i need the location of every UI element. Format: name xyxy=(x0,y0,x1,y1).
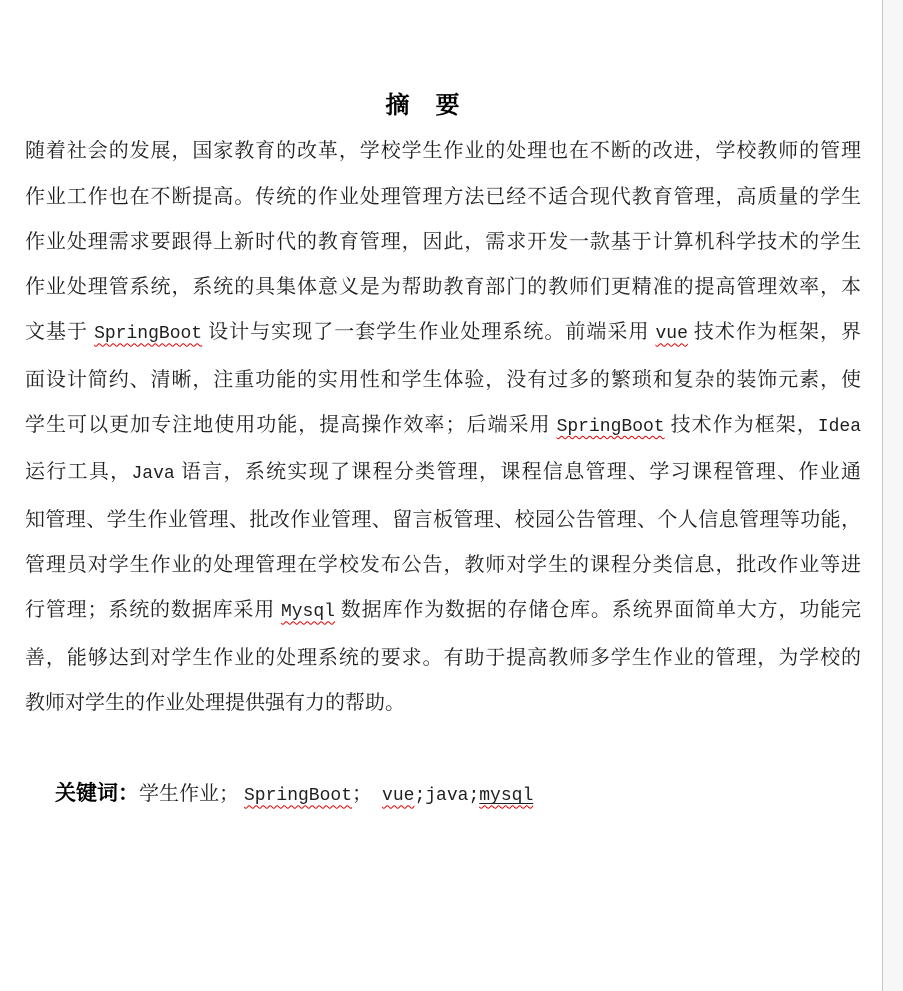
underlined-word: mysql xyxy=(479,783,533,805)
text-segment: 行管理；系统的数据库采用 xyxy=(25,599,281,621)
text-segment: ;java; xyxy=(414,786,479,806)
paragraph-line: 行管理；系统的数据库采用 Mysql 数据库作为数据的存储仓库。系统界面简单大方… xyxy=(25,588,861,635)
text-segment: 文基于 xyxy=(25,321,94,343)
misspelled-word: SpringBoot xyxy=(557,417,665,437)
misspelled-word: SpringBoot xyxy=(244,786,352,806)
text-segment: Idea xyxy=(818,417,861,437)
text-segment: ； xyxy=(352,783,382,805)
misspelled-word: vue xyxy=(655,324,687,344)
abstract-paragraph: 随着社会的发展，国家教育的改革，学校学生作业的处理也在不断的改进，学校教师的管理… xyxy=(25,129,861,726)
paragraph-line: 作业处理管系统，系统的具集体意义是为帮助教育部门的教师们更精准的提高管理效率，本 xyxy=(25,265,861,310)
text-segment: 运行工具， xyxy=(25,461,131,483)
paragraph-line: 管理员对学生作业的处理管理在学校发布公告，教师对学生的课程分类信息，批改作业等进 xyxy=(25,543,861,588)
abstract-section: 摘 要 随着社会的发展，国家教育的改革，学校学生作业的处理也在不断的改进，学校教… xyxy=(25,0,861,865)
keywords-text: 学生作业； SpringBoot； vue;java;mysql xyxy=(139,783,533,805)
text-segment: 学生作业； xyxy=(139,783,244,805)
paragraph-line: 知管理、学生作业管理、批改作业管理、留言板管理、校园公告管理、个人信息管理等功能… xyxy=(25,498,861,543)
text-segment: 语言，系统实现了课程分类管理，课程信息管理、学习课程管理、作业通 xyxy=(175,461,861,483)
window-gutter xyxy=(882,0,903,991)
text-segment: 技术作为框架，界 xyxy=(688,321,861,343)
keywords-label: 关键词： xyxy=(55,781,139,805)
text-segment: 学生可以更加专注地使用功能，提高操作效率；后端采用 xyxy=(25,414,557,436)
paragraph-line: 作业工作也在不断提高。传统的作业处理管理方法已经不适合现代教育管理，高质量的学生 xyxy=(25,175,861,220)
text-segment: 善，能够达到对学生作业的处理系统的要求。有助于提高教师多学生作业的管理，为学校的 xyxy=(25,647,861,669)
text-segment: 面设计简约、清晰，注重功能的实用性和学生体验，没有过多的繁琐和复杂的装饰元素，使 xyxy=(25,369,861,391)
paragraph-line: 善，能够达到对学生作业的处理系统的要求。有助于提高教师多学生作业的管理，为学校的 xyxy=(25,636,861,681)
paragraph-line: 作业处理需求要跟得上新时代的教育管理，因此，需求开发一款基于计算机科学技术的学生 xyxy=(25,220,861,265)
text-segment: 教师对学生的作业处理提供强有力的帮助。 xyxy=(25,692,405,714)
text-segment: 作业处理需求要跟得上新时代的教育管理，因此，需求开发一款基于计算机科学技术的学生 xyxy=(25,231,861,253)
abstract-title: 摘 要 xyxy=(25,84,861,129)
paragraph-line: 运行工具，Java 语言，系统实现了课程分类管理，课程信息管理、学习课程管理、作… xyxy=(25,450,861,497)
misspelled-word: mysql xyxy=(479,786,533,806)
paragraph-line: 学生可以更加专注地使用功能，提高操作效率；后端采用 SpringBoot 技术作… xyxy=(25,403,861,450)
paragraph-line: 面设计简约、清晰，注重功能的实用性和学生体验，没有过多的繁琐和复杂的装饰元素，使 xyxy=(25,358,861,403)
text-segment: 数据库作为数据的存储仓库。系统界面简单大方，功能完 xyxy=(335,599,861,621)
keywords-line: 关键词：学生作业； SpringBoot； vue;java;mysql xyxy=(25,726,861,865)
paragraph-line: 随着社会的发展，国家教育的改革，学校学生作业的处理也在不断的改进，学校教师的管理 xyxy=(25,129,861,174)
text-segment: 随着社会的发展，国家教育的改革，学校学生作业的处理也在不断的改进，学校教师的管理 xyxy=(25,140,861,162)
text-segment: 作业处理管系统，系统的具集体意义是为帮助教育部门的教师们更精准的提高管理效率，本 xyxy=(25,276,861,298)
text-segment: 技术作为框架， xyxy=(665,414,818,436)
misspelled-word: Mysql xyxy=(281,602,335,622)
document-page: 摘 要 随着社会的发展，国家教育的改革，学校学生作业的处理也在不断的改进，学校教… xyxy=(0,0,903,991)
text-segment: 知管理、学生作业管理、批改作业管理、留言板管理、校园公告管理、个人信息管理等功能… xyxy=(25,509,861,531)
misspelled-word: SpringBoot xyxy=(94,324,202,344)
misspelled-word: vue xyxy=(382,786,414,806)
paragraph-line: 文基于 SpringBoot 设计与实现了一套学生作业处理系统。前端采用 vue… xyxy=(25,310,861,357)
text-segment: Java xyxy=(131,464,174,484)
text-segment: 作业工作也在不断提高。传统的作业处理管理方法已经不适合现代教育管理，高质量的学生 xyxy=(25,186,861,208)
text-segment: 管理员对学生作业的处理管理在学校发布公告，教师对学生的课程分类信息，批改作业等进 xyxy=(25,554,861,576)
paragraph-line: 教师对学生的作业处理提供强有力的帮助。 xyxy=(25,681,861,726)
text-segment: 设计与实现了一套学生作业处理系统。前端采用 xyxy=(202,321,655,343)
